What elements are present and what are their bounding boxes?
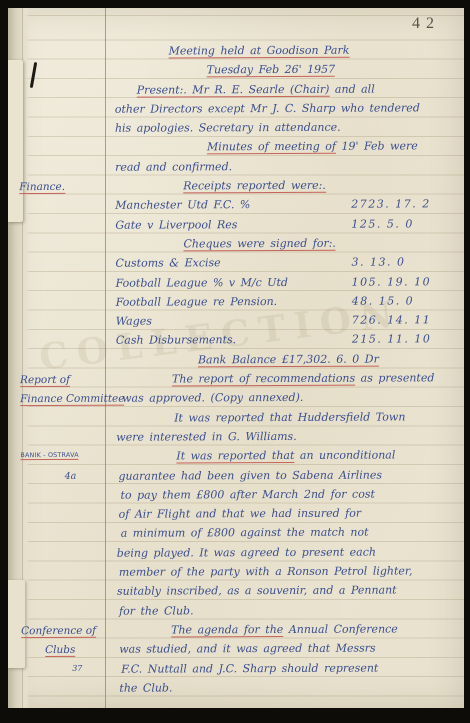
line-text: Bank Balance £17,302. 6. 0 Dr [108, 352, 452, 367]
line-text: The agenda for the Annual Conference [109, 622, 453, 637]
manuscript-line: Cheques were signed for:. [107, 236, 451, 257]
line-text: Cheques were signed for:. [107, 236, 451, 251]
phrase: It was reported that Huddersfield Town [174, 410, 405, 424]
manuscript: Meeting held at Goodison ParkTuesday Feb… [107, 43, 454, 701]
manuscript-line: for the Club. [109, 603, 453, 624]
phrase: other Directors except Mr J. C. Sharp wh… [115, 101, 420, 115]
manuscript-line: other Directors except Mr J. C. Sharp wh… [107, 101, 451, 122]
page-number-stamp: 42 [412, 15, 440, 33]
phrase: Cash Disbursements. [116, 334, 236, 348]
phrase: being played. It was agreed to present e… [117, 545, 376, 559]
phrase: to pay them £800 after March 2nd for cos… [121, 487, 375, 501]
line-text: Present:. Mr R. E. Searle (Chair) and al… [107, 82, 451, 97]
line-text: being played. It was agreed to present e… [109, 545, 453, 560]
phrase: Wages [116, 315, 152, 328]
margin-note: 4a [50, 470, 90, 481]
manuscript-line: being played. It was agreed to present e… [109, 545, 453, 566]
margin-note: Clubs [29, 644, 91, 656]
margin-note-text: BANIK - OSTRAVA [20, 451, 78, 460]
manuscript-line: Football League re Pension.48. 15. 0 [108, 294, 452, 315]
phrase: the Club. [119, 681, 172, 694]
line-text: other Directors except Mr J. C. Sharp wh… [107, 101, 451, 116]
line-text: his apologies. Secretary in attendance. [107, 120, 451, 135]
amount: 2723. 17. 2 [351, 198, 431, 211]
amount: 3. 13. 0 [351, 256, 405, 269]
margin-note: Finance. [19, 181, 105, 193]
phrase: F.C. Nuttall and J.C. Sharp should repre… [121, 661, 378, 675]
amount: 726. 14. 11 [352, 313, 432, 326]
manuscript-line: Finance Committeewas approved. (Copy ann… [108, 391, 452, 412]
phrase: of Air Flight and that we had insured fo… [119, 507, 362, 521]
phrase: Football League re Pension. [116, 295, 278, 309]
manuscript-line: BANIK - OSTRAVAIt was reported that an u… [108, 448, 452, 469]
phrase: Customs & Excise [115, 257, 220, 270]
manuscript-line: Football League % v M/c Utd105. 19. 10 [108, 275, 452, 296]
underlined-phrase: Receipts reported were:. [183, 179, 326, 194]
manuscript-line: read and confirmed. [107, 159, 451, 180]
phrase: suitably inscribed, as a souvenir, and a… [117, 584, 397, 598]
underlined-phrase: Present:. Mr R. E. Searle (Chair) [137, 82, 330, 97]
phrase: member of the party with a Ronson Petrol… [119, 564, 413, 578]
phrase: was studied, and it was agreed that Mess… [119, 642, 376, 656]
amount: 48. 15. 0 [352, 294, 415, 307]
manuscript-line: Gate v Liverpool Res125. 5. 0 [107, 217, 451, 238]
phrase: as presented [355, 371, 434, 384]
line-text: F.C. Nuttall and J.C. Sharp should repre… [109, 661, 453, 676]
manuscript-line: 37F.C. Nuttall and J.C. Sharp should rep… [109, 661, 453, 682]
manuscript-line: Finance.Receipts reported were:. [107, 178, 451, 199]
line-text: read and confirmed. [107, 159, 451, 174]
margin-rule [105, 8, 106, 708]
manuscript-line: Customs & Excise3. 13. 0 [107, 256, 451, 277]
phrase: Gate v Liverpool Res [115, 218, 237, 232]
manuscript-line: Tuesday Feb 26' 1957 [107, 63, 451, 84]
phrase: Annual Conference [283, 622, 398, 635]
manuscript-line: a minimum of £800 against the match not [109, 526, 453, 547]
phrase: guarantee had been given to Sabena Airli… [118, 468, 382, 482]
margin-note: Finance Committee [20, 393, 106, 405]
manuscript-line: 4aguarantee had been given to Sabena Air… [108, 468, 452, 489]
margin-note-text: 37 [72, 663, 82, 672]
margin-note-text: Conference of [21, 625, 96, 638]
margin-note-text: 4a [65, 470, 77, 481]
scanned-minute-book-page: COLLECTION 42 Meeting held at Goodison P… [0, 0, 470, 723]
underlined-phrase: The report of recommendations [172, 372, 355, 387]
phrase: for the Club. [119, 604, 194, 617]
phrase: an unconditional [294, 449, 395, 462]
line-text: was studied, and it was agreed that Mess… [109, 641, 453, 656]
amount: 125. 5. 0 [351, 217, 414, 230]
line-text: Meeting held at Goodison Park [107, 43, 451, 58]
margin-note-text: Report of [20, 374, 70, 387]
manuscript-line: Manchester Utd F.C. %2723. 17. 2 [107, 198, 451, 219]
margin-note: BANIK - OSTRAVA [20, 451, 106, 459]
phrase: 19' Feb were [336, 140, 418, 153]
manuscript-line: Present:. Mr R. E. Searle (Chair) and al… [107, 82, 451, 103]
line-text: for the Club. [109, 603, 453, 618]
line-text: guarantee had been given to Sabena Airli… [108, 468, 452, 483]
manuscript-line: Meeting held at Goodison Park [107, 43, 451, 64]
line-text: Minutes of meeting of 19' Feb were [107, 140, 451, 155]
margin-note-text: Finance Committee [20, 393, 124, 406]
line-text: It was reported that an unconditional [108, 448, 452, 463]
amount: 105. 19. 10 [352, 275, 432, 288]
phrase: a minimum of £800 against the match not [121, 526, 369, 540]
phrase: was approved. (Copy annexed). [122, 391, 303, 405]
manuscript-line: Report ofThe report of recommendations a… [108, 371, 452, 392]
line-text: were interested in G. Williams. [108, 429, 452, 444]
line-text: was approved. (Copy annexed). [108, 391, 452, 406]
line-text: member of the party with a Ronson Petrol… [109, 564, 453, 579]
manuscript-line: of Air Flight and that we had insured fo… [109, 506, 453, 527]
line-text: to pay them £800 after March 2nd for cos… [109, 487, 453, 502]
phrase: his apologies. Secretary in attendance. [115, 121, 341, 135]
manuscript-line: It was reported that Huddersfield Town [108, 410, 452, 431]
line-text: the Club. [109, 680, 453, 695]
line-text: Receipts reported were:. [107, 178, 451, 193]
manuscript-line: the Club. [109, 680, 453, 701]
manuscript-line: to pay them £800 after March 2nd for cos… [109, 487, 453, 508]
line-text: suitably inscribed, as a souvenir, and a… [109, 584, 453, 599]
line-text: The report of recommendations as present… [108, 371, 452, 386]
manuscript-line: Wages726. 14. 11 [108, 313, 452, 334]
manuscript-line: Minutes of meeting of 19' Feb were [107, 140, 451, 161]
underlined-phrase: Meeting held at Goodison Park [169, 44, 350, 59]
phrase: read and confirmed. [115, 160, 232, 174]
line-text: of Air Flight and that we had insured fo… [109, 506, 453, 521]
phrase: Manchester Utd F.C. % [115, 199, 250, 213]
manuscript-line: were interested in G. Williams. [108, 429, 452, 450]
manuscript-line: Clubswas studied, and it was agreed that… [109, 641, 453, 662]
margin-note: Conference of [21, 625, 107, 637]
page-edge-tab-bottom [8, 580, 25, 668]
underlined-phrase: The agenda for the [171, 623, 283, 637]
underlined-phrase: Tuesday Feb 26' 1957 [207, 63, 336, 78]
underlined-phrase: Bank Balance £17,302. 6. 0 Dr [198, 352, 379, 367]
manuscript-line: suitably inscribed, as a souvenir, and a… [109, 584, 453, 605]
paper: COLLECTION 42 Meeting held at Goodison P… [8, 8, 464, 708]
margin-note-text: Finance. [19, 181, 65, 194]
margin-note: 37 [57, 663, 97, 672]
phrase: Football League % v M/c Utd [116, 276, 288, 290]
line-text: Tuesday Feb 26' 1957 [107, 63, 451, 78]
underlined-phrase: It was reported that [176, 449, 294, 464]
amount: 215. 11. 10 [352, 333, 432, 346]
line-text: It was reported that Huddersfield Town [108, 410, 452, 425]
manuscript-line: his apologies. Secretary in attendance. [107, 120, 451, 141]
margin-note-text: Clubs [45, 644, 75, 657]
line-text: a minimum of £800 against the match not [109, 526, 453, 541]
margin-note: Report of [20, 374, 106, 386]
phrase: and all [329, 82, 374, 95]
manuscript-line: Cash Disbursements.215. 11. 10 [108, 333, 452, 354]
manuscript-line: member of the party with a Ronson Petrol… [109, 564, 453, 585]
manuscript-line: Bank Balance £17,302. 6. 0 Dr [108, 352, 452, 373]
page-edge-tab-top [8, 60, 23, 222]
underlined-phrase: Cheques were signed for:. [183, 237, 336, 252]
phrase: were interested in G. Williams. [116, 430, 296, 444]
underlined-phrase: Minutes of meeting of [207, 140, 336, 155]
manuscript-line: Conference ofThe agenda for the Annual C… [109, 622, 453, 643]
